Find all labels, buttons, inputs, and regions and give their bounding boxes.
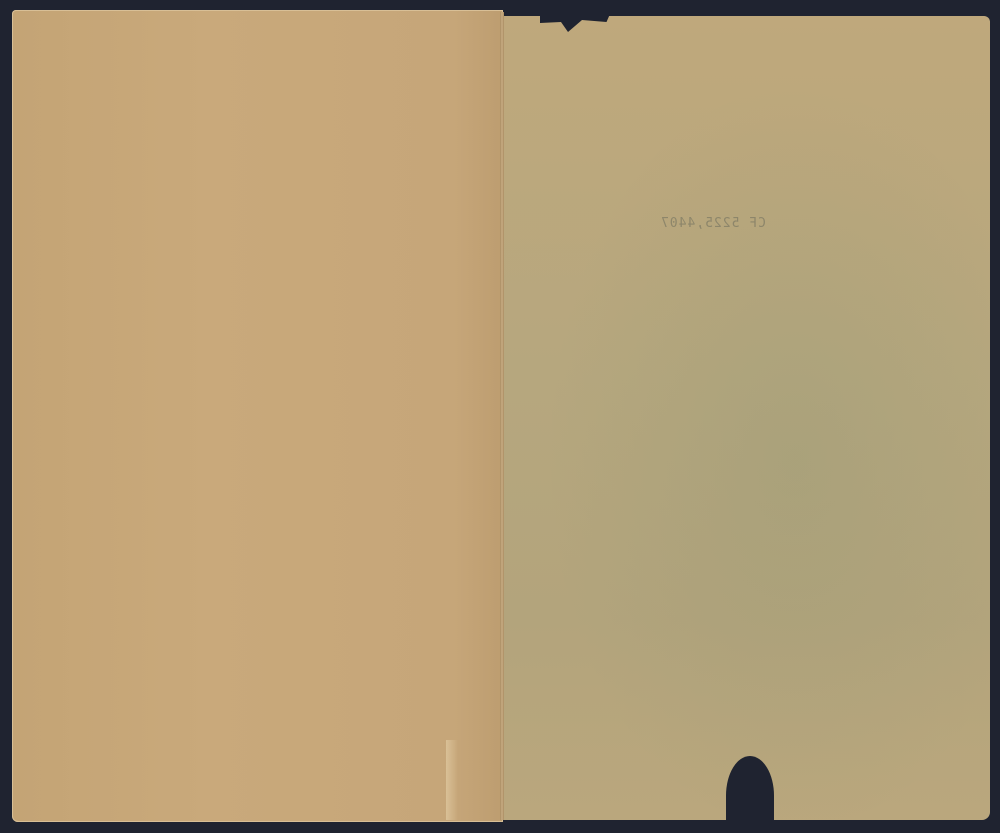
book-gutter [500, 12, 504, 820]
left-page [12, 10, 503, 822]
right-page [502, 16, 990, 820]
book-scan: CF 5225,4407 [0, 0, 1000, 833]
mirrored-stamp-text: CF 5225,4407 [660, 216, 766, 231]
page-crease [446, 740, 458, 820]
